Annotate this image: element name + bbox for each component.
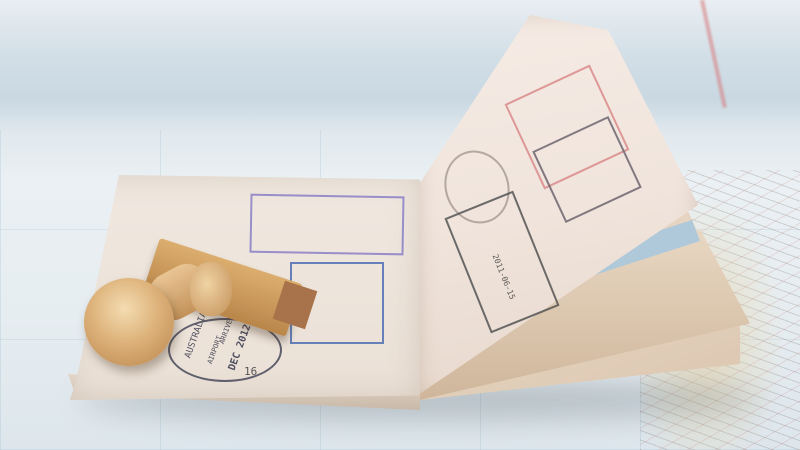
page-number: 16	[244, 365, 257, 378]
map-red-route-line	[700, 0, 727, 108]
rubber-stamp-collar	[190, 262, 232, 316]
rubber-stamp-handle-knob	[84, 278, 174, 366]
photo-scene: 2011-06-15 AUSTRALIA ARRIVED AIRPORT DEC…	[0, 0, 800, 450]
handwritten-date: 2011-06-15	[490, 253, 516, 301]
stamp-place: AIRPORT	[206, 335, 224, 365]
purple-rectangular-stamp	[249, 194, 404, 256]
